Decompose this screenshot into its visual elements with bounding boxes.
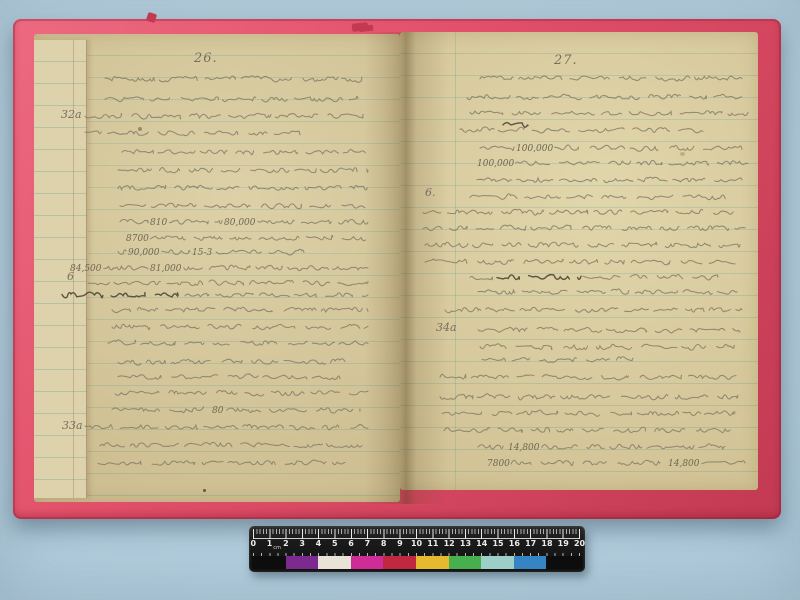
ruler-number: 19 [558,539,569,548]
ruler-patch-purple [286,556,319,569]
ruler-patch-magenta [351,556,384,569]
page-right [400,32,758,490]
ruler-number: 17 [525,539,536,548]
ruler-patch-off-white [318,556,351,569]
ruler-number: 3 [299,539,305,548]
ruler-number: 12 [444,539,455,548]
paper-speck [203,489,206,492]
gutter-shadow [364,32,448,504]
ruler-number: 16 [509,539,520,548]
margin-annotation: 32a [61,108,82,121]
ruler-number: 1 [267,539,273,548]
photographic-scale-ruler: 01234567891011121314151617181920 cm [249,526,585,572]
page-number-right: 27. [554,53,578,68]
ruler-number: 18 [541,539,552,548]
paper-stain [138,127,142,131]
ruler-number: 11 [427,539,438,548]
ruler-cm-ticks [253,529,580,539]
ruler-number: 5 [332,539,338,548]
ruler-number: 4 [316,539,322,548]
manuscript-photo: 26. 27. 81080,000870090,00015-384,50081,… [0,0,800,600]
margin-annotation: 33a [62,419,83,432]
ruler-patch-green [449,556,482,569]
open-pages [34,32,758,504]
ruler-patch-blue [514,556,547,569]
margin-annotation: 6. [425,186,436,199]
page-number-left: 26. [194,51,218,66]
ruler-number: 2 [283,539,289,548]
ruler-number: 10 [411,539,422,548]
ruler-number: 15 [492,539,503,548]
page-left [34,34,400,502]
ruler-color-patches [252,556,582,569]
ruler-number: 13 [460,539,471,548]
ruler-number: 9 [397,539,403,548]
ruler-number: 7 [365,539,371,548]
margin-annotation: 6 [67,270,74,283]
ruler-patch-yellow [416,556,449,569]
paper-stain [680,152,685,156]
ruler-number: 14 [476,539,487,548]
ruler-number: 8 [381,539,387,548]
ruler-number: 0 [250,539,256,548]
ruler-number: 6 [348,539,354,548]
cover-tie-center [352,22,369,32]
ruler-patch-crimson [383,556,416,569]
ruler-unit-label: cm [273,545,281,551]
ruler-number: 20 [574,539,585,548]
margin-annotation: 34a [436,321,457,334]
ruler-patch-pale-cyan [481,556,514,569]
